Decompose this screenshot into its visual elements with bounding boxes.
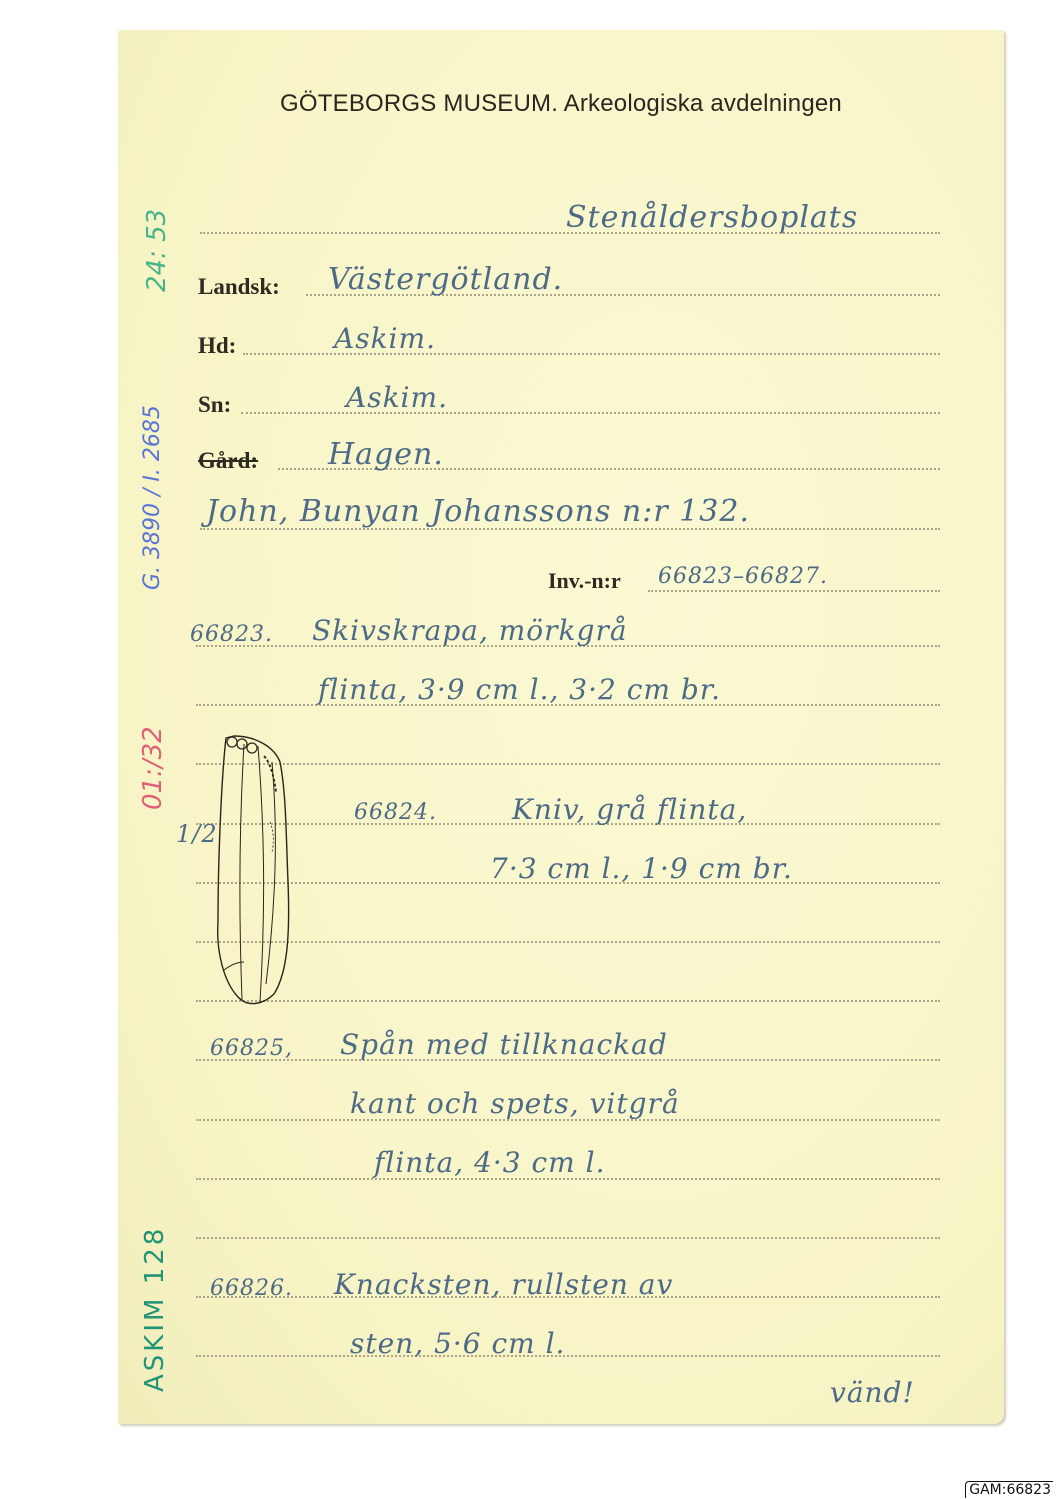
dotted-line [196, 1000, 940, 1002]
entry-text: Skivskrapa, mörkgrå [312, 614, 628, 647]
entry-number: 66826. [210, 1276, 293, 1301]
entry-text: Spån med tillknackad [340, 1028, 668, 1061]
scale-note: 1/2 [176, 820, 218, 848]
margin-note-green-top: 24: 53 [142, 209, 172, 292]
margin-note-blue: G. 3890 / I. 2685 [140, 405, 165, 590]
site-type: Stenåldersboplats [566, 200, 858, 235]
owner-line: John, Bunyan Johanssons n:r 132. [206, 494, 750, 529]
dotted-line [196, 1237, 940, 1239]
field-value-hd: Askim. [334, 322, 436, 355]
dotted-line [648, 590, 940, 592]
inventory-range: 66823–66827. [658, 564, 828, 589]
field-value-gard: Hagen. [328, 437, 444, 472]
turn-over-note: vänd! [830, 1376, 915, 1409]
museum-header: GÖTEBORGS MUSEUM. Arkeologiska avdelning… [118, 90, 1004, 118]
entry-text: 7·3 cm l., 1·9 cm br. [490, 852, 793, 885]
entry-text: kant och spets, vitgrå [350, 1087, 680, 1120]
dotted-line [196, 941, 940, 943]
margin-note-green-bottom: ASKIM 128 [140, 1226, 170, 1392]
field-label-hd: Hd: [198, 333, 236, 359]
field-value-sn: Askim. [346, 381, 448, 414]
flint-knife-sketch-icon [214, 732, 294, 1012]
entry-text: flinta, 4·3 cm l. [374, 1146, 605, 1179]
field-label-gard: Gård: [198, 448, 258, 474]
catalog-card: GÖTEBORGS MUSEUM. Arkeologiska avdelning… [118, 30, 1004, 1424]
field-value-landsk: Västergötland. [328, 262, 563, 297]
archive-id: GAM:66823 [965, 1481, 1053, 1498]
margin-note-red: 01:/32 [138, 726, 168, 810]
field-label-landsk: Landsk: [198, 274, 280, 300]
entry-text: Kniv, grå flinta, [512, 793, 747, 826]
entry-number: 66825, [210, 1036, 293, 1061]
entry-number: 66823. [190, 622, 273, 647]
entry-text: Knacksten, rullsten av [334, 1268, 673, 1301]
field-label-sn: Sn: [198, 392, 231, 418]
dotted-line [196, 1355, 940, 1357]
inventory-label: Inv.-n:r [548, 568, 621, 594]
entry-text: sten, 5·6 cm l. [350, 1327, 565, 1360]
entry-number: 66824. [354, 800, 437, 825]
entry-text: flinta, 3·9 cm l., 3·2 cm br. [318, 673, 721, 706]
dotted-line [196, 763, 940, 765]
